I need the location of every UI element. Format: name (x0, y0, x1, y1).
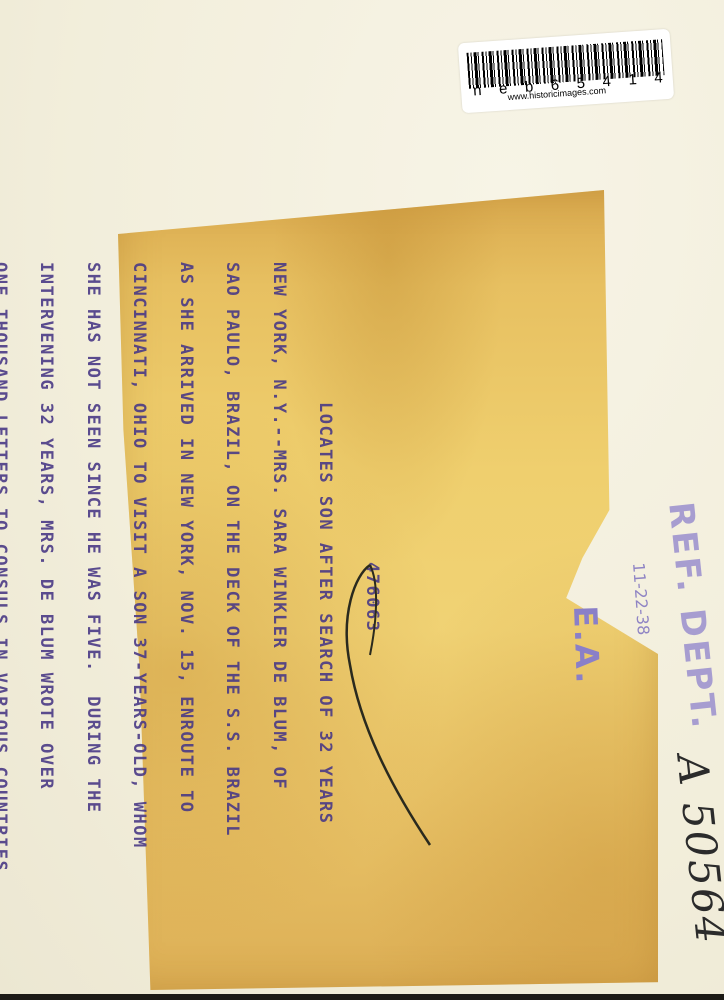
initials-stamp: E.A. (566, 605, 607, 686)
scan-edge (0, 994, 724, 1000)
caption-line: INTERVENING 32 YEARS, MRS. DE BLUM WROTE… (38, 262, 54, 884)
caption-line: NEW YORK, N.Y.--MRS. SARA WINKLER DE BLU… (271, 262, 287, 884)
reference-number: 476063 (364, 262, 380, 884)
caption-line: ONE THOUSAND LETTERS TO CONSULS IN VARIO… (0, 262, 7, 884)
caption-line: CINCINNATI, OHIO TO VISIT A SON 37-YEARS… (131, 262, 147, 884)
caption-line: SHE HAS NOT SEEN SINCE HE WAS FIVE. DURI… (85, 262, 101, 884)
barcode-digit: e (498, 80, 508, 98)
headline: LOCATES SON AFTER SEARCH OF 32 YEARS (317, 262, 333, 884)
barcode-digit: n (473, 82, 483, 100)
caption-line: SAO PAULO, BRAZIL, ON THE DECK OF THE S.… (224, 262, 240, 884)
barcode-digit: 4 (654, 69, 664, 87)
caption-line: AS SHE ARRIVED IN NEW YORK, NOV. 15, ENR… (178, 262, 194, 884)
barcode-sticker: n e b 6 5 4 1 4 www.historicimages.com (458, 29, 674, 114)
barcode-digit: 1 (628, 71, 638, 89)
typed-caption: 476063 LOCATES SON AFTER SEARCH OF 32 YE… (0, 262, 410, 884)
